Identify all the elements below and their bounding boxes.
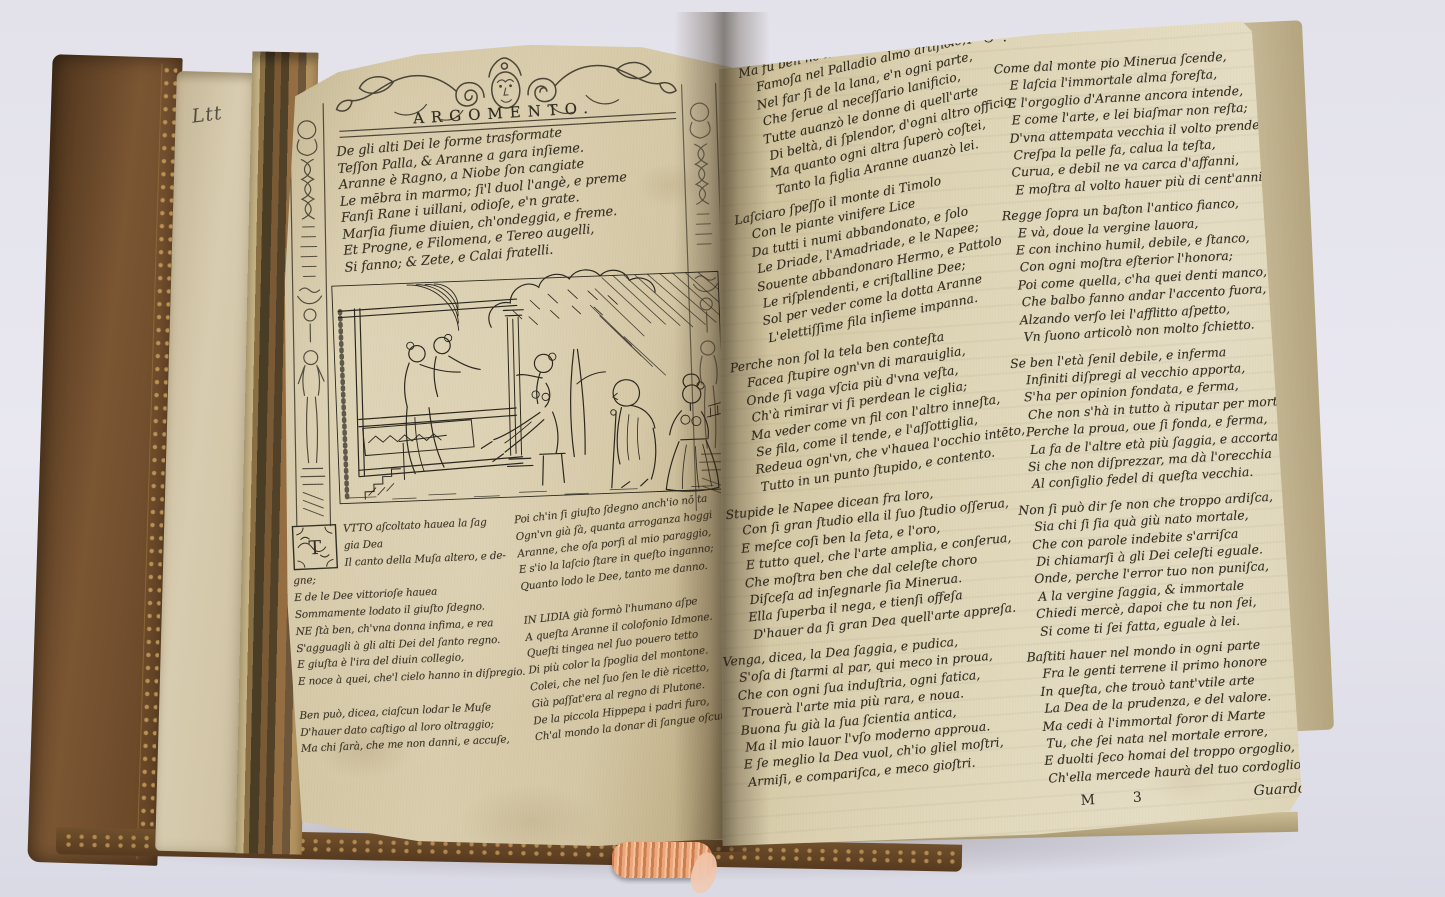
weaving-woodcut-image	[329, 259, 728, 518]
left-column-1: T VTTO aſcoltato hauea la ſaggia DeaIl c…	[291, 513, 525, 758]
handwritten-note: Ltt	[190, 102, 223, 128]
drop-cap-block: T	[291, 523, 339, 571]
left-column-2: Poi ch'in ſi giuſto ſdegno anch'io nō ta…	[513, 489, 744, 747]
right-column-1: Ma fu ben ne la Lidia in ogni parteFamoſ…	[724, 64, 1016, 800]
stanza: Come dal monte pio Minerua ſcende,E laſc…	[993, 45, 1288, 200]
stanza: Se ben l'età ſenil debile, e infermaInfi…	[1010, 339, 1305, 494]
side-border-left-image	[286, 102, 333, 529]
catchword: Guardò	[1253, 781, 1306, 800]
left-page: ARGOMENTO. De gli alti Dei le forme tras…	[284, 40, 732, 846]
stanza: Baſtiti hauer nel mondo in ogni parteFra…	[1026, 633, 1321, 788]
stanza: Non ſi può dir ſe non che troppo ardiſca…	[1018, 486, 1313, 641]
signature-number: 3	[1133, 790, 1143, 806]
right-page: SESTO. 91 Ma fu ben ne la Lidia in ogni …	[712, 18, 1304, 846]
drop-cap-letter: T	[308, 537, 322, 560]
signature-letter: M	[1080, 792, 1095, 809]
photo-of-open-antique-book: Ltt	[0, 0, 1445, 897]
stanza: Stupide le Napee dicean fra loro,Con ſi …	[725, 476, 1030, 645]
stanza: Regge ſopra un baſton l'antico fianco,E …	[1001, 192, 1296, 347]
stanza: Venga, dicea, la Dea ſaggia, e pudica,S'…	[722, 628, 1025, 792]
